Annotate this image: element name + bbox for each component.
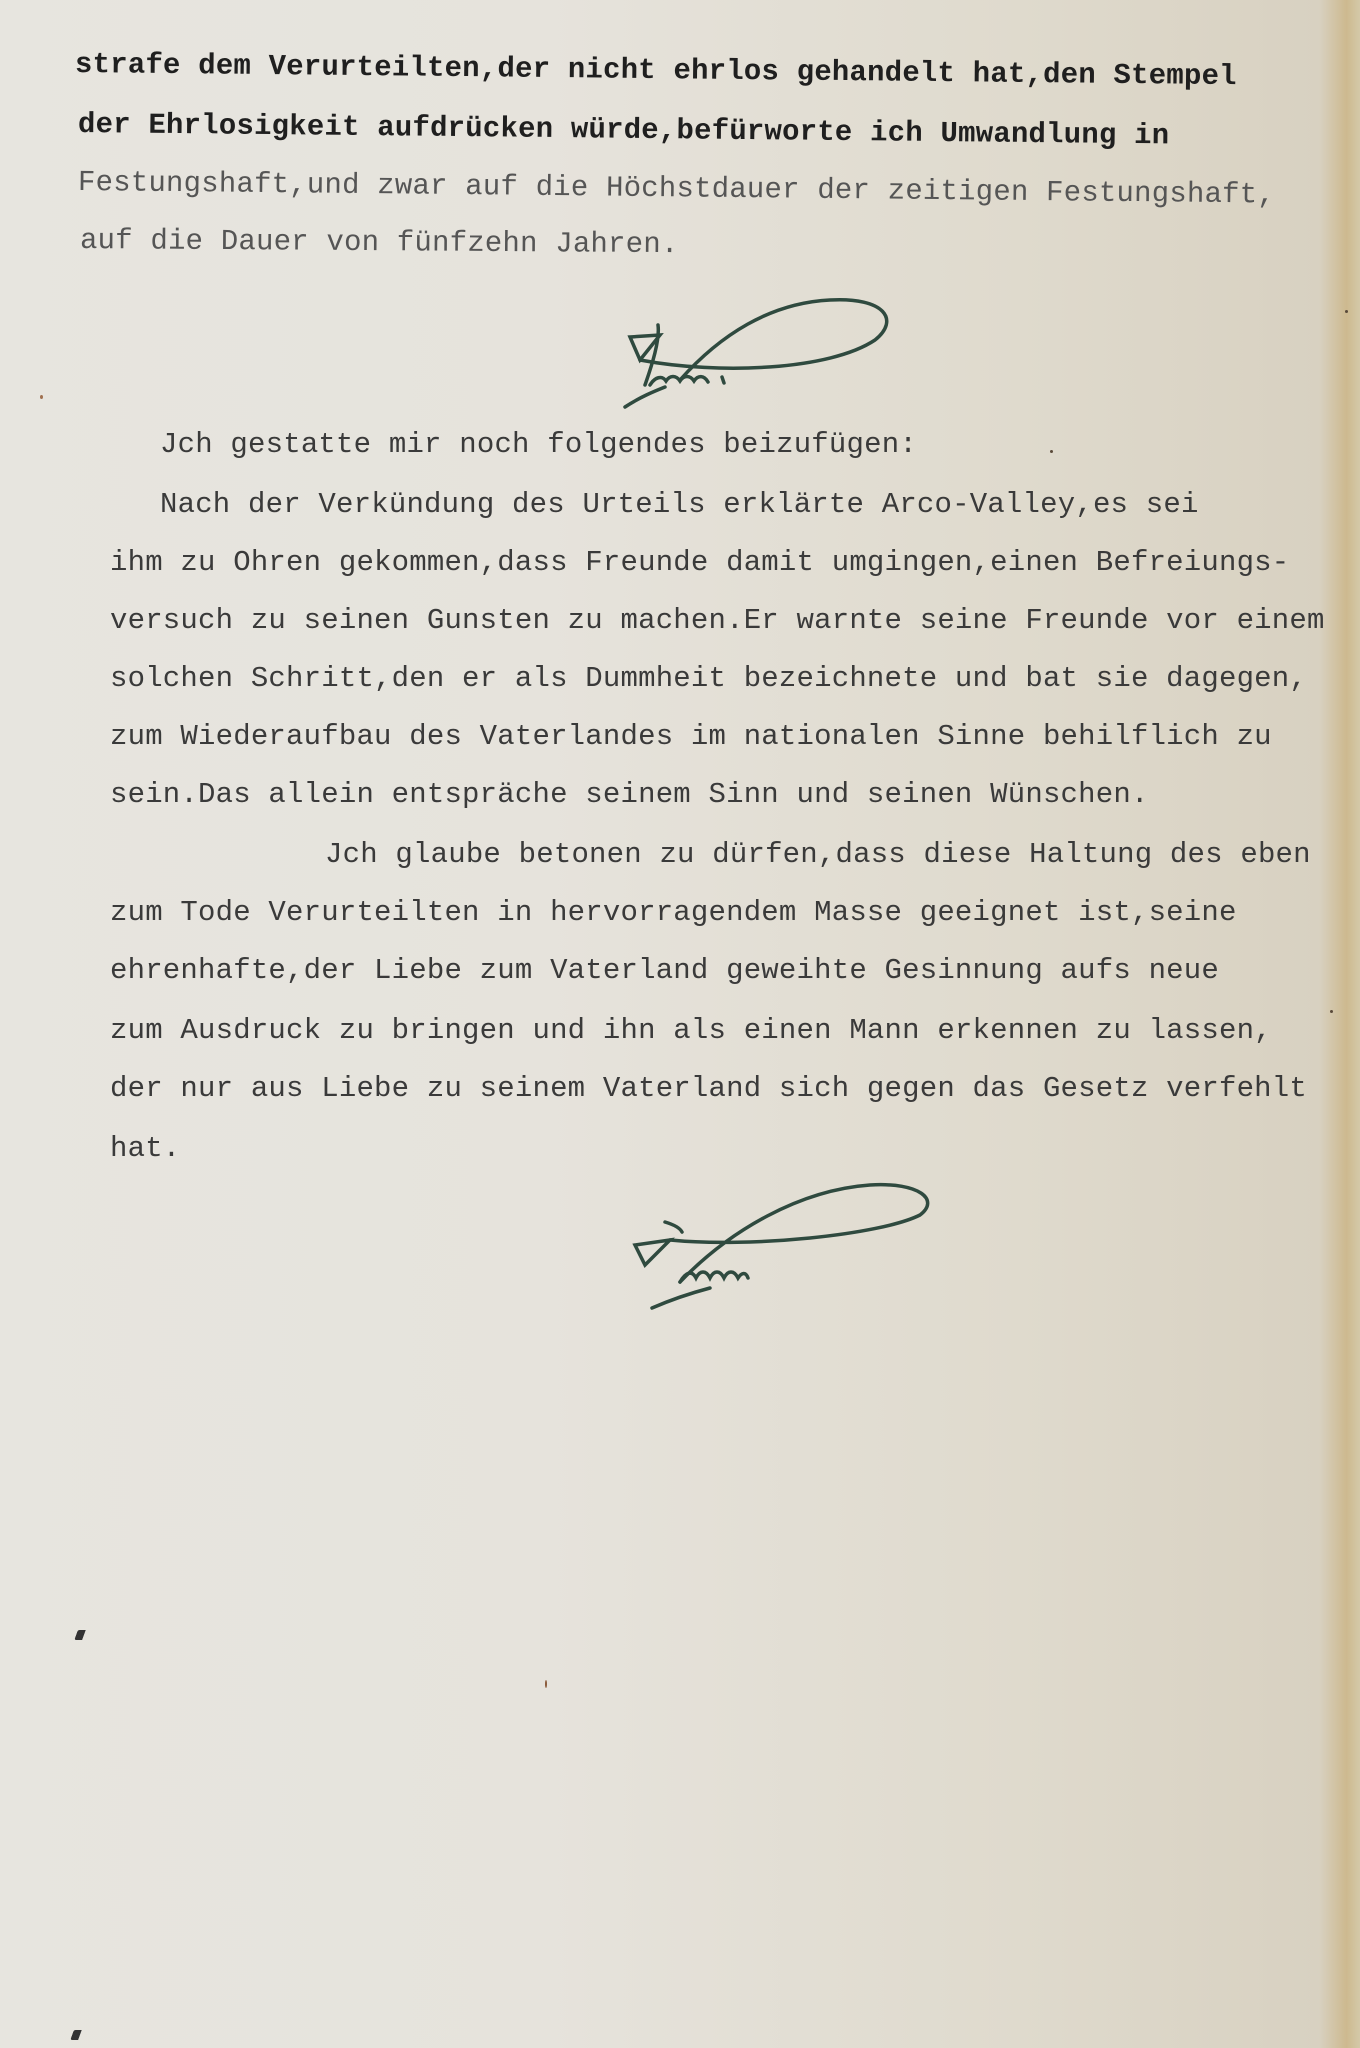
binding-hole-mark: [74, 1630, 100, 1640]
text-line: Festungshaft,und zwar auf die Höchstdaue…: [78, 166, 1275, 212]
text-line: strafe dem Verurteilten,der nicht ehrlos…: [75, 48, 1237, 93]
text-line: versuch zu seinen Gunsten zu machen.Er w…: [110, 604, 1325, 637]
text-line: ehrenhafte,der Liebe zum Vaterland gewei…: [110, 954, 1219, 987]
text-line: Jch glaube betonen zu dürfen,dass diese …: [325, 838, 1311, 871]
text-line: auf die Dauer von fünfzehn Jahren.: [80, 224, 679, 261]
text-line: Nach der Verkündung des Urteils erklärte…: [160, 488, 1199, 521]
document-page: strafe dem Verurteilten,der nicht ehrlos…: [0, 0, 1360, 2048]
text-line: zum Wiederaufbau des Vaterlandes im nati…: [110, 720, 1272, 753]
binding-hole-mark: [70, 2030, 96, 2040]
paper-speck: [1330, 1010, 1333, 1013]
text-line: sein.Das allein entspräche seinem Sinn u…: [110, 778, 1149, 811]
signature-1: [600, 285, 920, 415]
paper-speck: [1050, 450, 1053, 453]
paper-speck: [40, 395, 43, 399]
text-line: hat.: [110, 1132, 180, 1165]
signature-2: [620, 1170, 980, 1310]
text-line: ihm zu Ohren gekommen,dass Freunde damit…: [110, 546, 1289, 579]
text-line: der nur aus Liebe zu seinem Vaterland si…: [110, 1072, 1307, 1105]
text-line: Jch gestatte mir noch folgendes beizufüg…: [160, 428, 917, 461]
text-line: der Ehrlosigkeit aufdrücken würde,befürw…: [78, 108, 1170, 152]
paper-speck: [1345, 310, 1348, 313]
text-line: solchen Schritt,den er als Dummheit beze…: [110, 662, 1307, 695]
paper-speck: [545, 1680, 547, 1688]
text-line: zum Tode Verurteilten in hervorragendem …: [110, 896, 1237, 929]
text-line: zum Ausdruck zu bringen und ihn als eine…: [110, 1014, 1272, 1047]
